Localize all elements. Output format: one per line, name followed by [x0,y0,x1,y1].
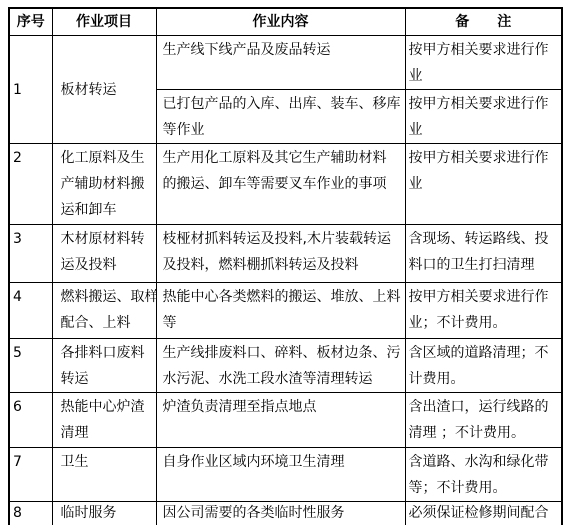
row-project: 化工原料及生 产辅助材料搬 运和卸车 [52,144,156,225]
row-project: 板材转运 [52,36,156,144]
table-row: 5 各排料口废料 转运 生产线排废料口、碎料、板材边条、污 水污泥、水洗工段水渣… [9,339,562,393]
header-no: 序号 [9,8,52,36]
row-content: 生产线下线产品及废品转运 [156,36,405,90]
row-remark: 含道路、水沟和绿化带 等；不计费用。 [405,448,562,502]
table-row: 1 板材转运 生产线下线产品及废品转运 按甲方相关要求进行作 业 [9,36,562,90]
table-row: 3 木材原材料转 运及投料 枝桠材抓料转运及投料,木片装载转运 及投料，燃料棚抓… [9,225,562,283]
row-content: 自身作业区域内环境卫生清理 [156,448,405,502]
row-project: 热能中心炉渣 清理 [52,393,156,448]
row-no: 7 [9,448,52,502]
document-sheet: 序号 作业项目 作业内容 备 注 1 板材转运 生产线下线产品及废品转运 按甲方… [8,7,563,525]
row-content: 热能中心各类燃料的搬运、堆放、上料 等 [156,283,405,339]
header-project: 作业项目 [52,8,156,36]
row-content: 已打包产品的入库、出库、装车、移库 等作业 [156,90,405,144]
row-project: 木材原材料转 运及投料 [52,225,156,283]
table-row: 6 热能中心炉渣 清理 炉渣负责清理至指点地点 含出渣口，运行线路的 清理 ；不… [9,393,562,448]
row-no: 6 [9,393,52,448]
row-no: 2 [9,144,52,225]
table-row: 2 化工原料及生 产辅助材料搬 运和卸车 生产用化工原料及其它生产辅助材料 的搬… [9,144,562,225]
row-content: 生产用化工原料及其它生产辅助材料 的搬运、卸车等需要叉车作业的事项 [156,144,405,225]
row-no: 4 [9,283,52,339]
header-content: 作业内容 [156,8,405,36]
row-content: 枝桠材抓料转运及投料,木片装载转运 及投料，燃料棚抓料转运及投料 [156,225,405,283]
header-row: 序号 作业项目 作业内容 备 注 [9,8,562,36]
table-row: 8 临时服务 因公司需要的各类临时性服务 必须保证检修期间配合 [9,502,562,525]
row-remark: 按甲方相关要求进行作 业 [405,36,562,90]
row-no: 3 [9,225,52,283]
row-project: 燃料搬运、取样 配合、上料 [52,283,156,339]
header-remark: 备 注 [405,8,562,36]
row-no: 1 [9,36,52,144]
row-remark: 按甲方相关要求进行作 业 [405,144,562,225]
row-content: 炉渣负责清理至指点地点 [156,393,405,448]
row-remark: 必须保证检修期间配合 [405,502,562,525]
table-row: 4 燃料搬运、取样 配合、上料 热能中心各类燃料的搬运、堆放、上料 等 按甲方相… [9,283,562,339]
work-items-table: 序号 作业项目 作业内容 备 注 1 板材转运 生产线下线产品及废品转运 按甲方… [8,7,563,525]
row-remark: 含现场、转运路线、投 料口的卫生打扫清理 [405,225,562,283]
row-remark: 按甲方相关要求进行作 业；不计费用。 [405,283,562,339]
row-remark: 含区域的道路清理；不 计费用。 [405,339,562,393]
row-project: 各排料口废料 转运 [52,339,156,393]
row-project: 临时服务 [52,502,156,525]
row-no: 5 [9,339,52,393]
table-row: 7 卫生 自身作业区域内环境卫生清理 含道路、水沟和绿化带 等；不计费用。 [9,448,562,502]
row-content: 生产线排废料口、碎料、板材边条、污 水污泥、水洗工段水渣等清理转运 [156,339,405,393]
row-project: 卫生 [52,448,156,502]
row-no: 8 [9,502,52,525]
row-remark: 按甲方相关要求进行作 业 [405,90,562,144]
row-content: 因公司需要的各类临时性服务 [156,502,405,525]
row-remark: 含出渣口，运行线路的 清理 ；不计费用。 [405,393,562,448]
